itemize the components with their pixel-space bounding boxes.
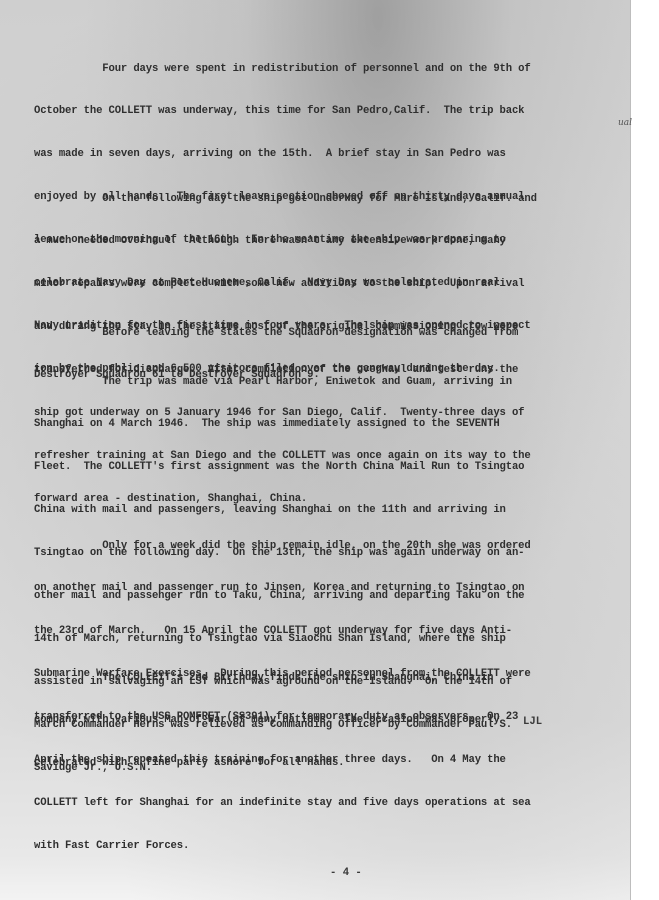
text-line: with Fast Carrier Forces. (34, 839, 634, 853)
text-line: was made in seven days, arriving on the … (34, 147, 634, 161)
text-line: Four days were spent in redistribution o… (34, 62, 634, 76)
text-line: Before leaving the states the Squadron d… (34, 326, 634, 340)
text-line: The trip was made via Pearl Harbor, Eniw… (34, 375, 634, 389)
text-line: on another mail and passenger run to Jin… (34, 581, 634, 595)
text-line: Only for a week did the ship remain idle… (34, 539, 634, 553)
page-number: - 4 - (330, 867, 362, 879)
signature-initials: LJL (523, 716, 542, 728)
text-line: the 23rd of March. On 15 April the COLLE… (34, 624, 634, 638)
text-line: celebrated with a fine party ashore for … (34, 756, 634, 770)
text-line: a much needed overhaul. Although there w… (34, 234, 634, 248)
text-line: On the following day the ship got underw… (34, 192, 634, 206)
paragraph-6: The COLLETT's 2nd Birthday finds the shi… (34, 642, 634, 799)
handwritten-margin-note: ual (618, 118, 632, 128)
text-line: The COLLETT's 2nd Birthday finds the shi… (34, 671, 634, 685)
text-line: company with various Man-of-War of many … (34, 713, 634, 727)
text-line: Shanghai on 4 March 1946. The ship was i… (34, 417, 634, 431)
text-line: October the COLLETT was underway, this t… (34, 104, 634, 118)
text-line: Fleet. The COLLETT's first assignment wa… (34, 460, 634, 474)
text-line: minor repairs were completed with some n… (34, 277, 634, 291)
